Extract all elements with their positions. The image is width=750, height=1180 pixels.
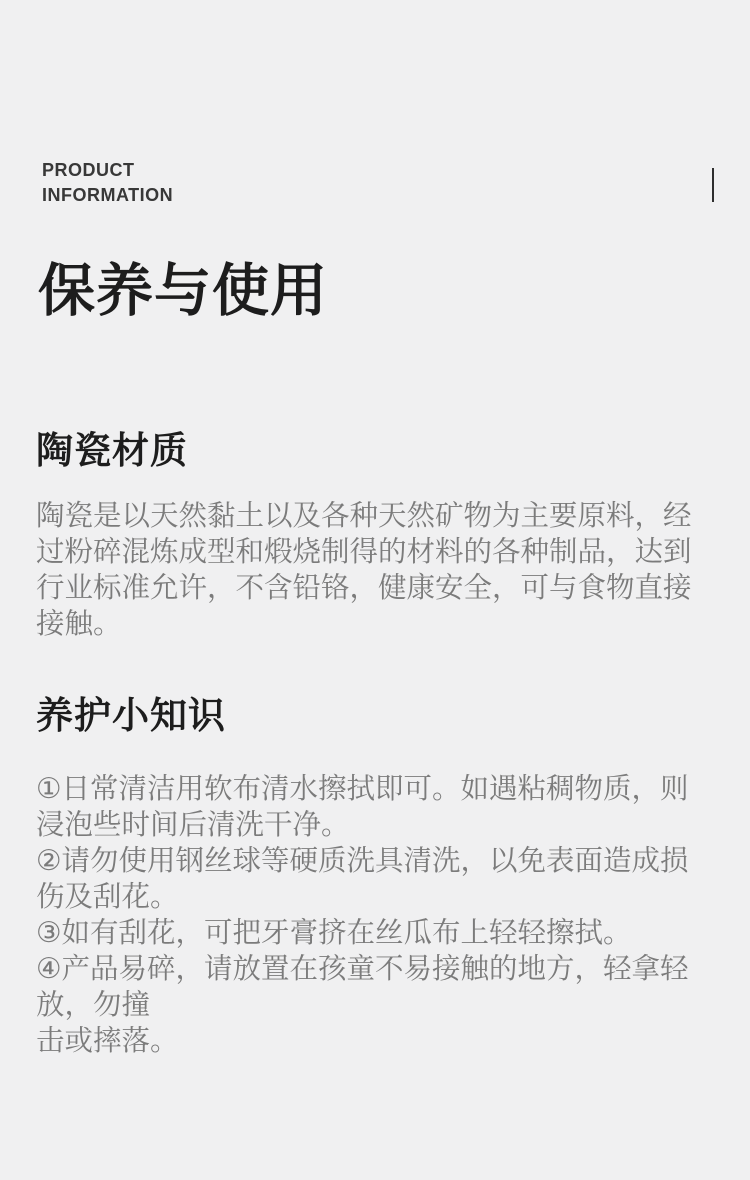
eyebrow-label: PRODUCT INFORMATION	[42, 158, 723, 208]
section-heading: 养护小知识	[36, 697, 723, 735]
section-care-tips: 养护小知识 ①日常清洁用软布清水擦拭即可。如遇粘稠物质，则浸泡些时间后清洗干净。…	[36, 697, 723, 1059]
text-line: 放，勿撞	[36, 987, 723, 1023]
section-ceramic-material: 陶瓷材质 陶瓷是以天然黏土以及各种天然矿物为主要原料，经过粉碎混炼成型和煅烧制得…	[36, 432, 723, 642]
text-line: 浸泡些时间后清洗干净。	[36, 807, 723, 843]
section-body: ①日常清洁用软布清水擦拭即可。如遇粘稠物质，则浸泡些时间后清洗干净。②请勿使用钢…	[36, 771, 723, 1059]
text-line: 接触。	[36, 606, 723, 642]
product-information-panel: PRODUCT INFORMATION 保养与使用 陶瓷材质 陶瓷是以天然黏土以…	[0, 0, 750, 1180]
text-line: 伤及刮花。	[36, 879, 723, 915]
text-line: 行业标准允许，不含铅铬，健康安全，可与食物直接	[36, 570, 723, 606]
text-line: ③如有刮花，可把牙膏挤在丝瓜布上轻轻擦拭。	[36, 915, 723, 951]
text-line: 陶瓷是以天然黏土以及各种天然矿物为主要原料，经	[36, 498, 723, 534]
content-area: PRODUCT INFORMATION 保养与使用 陶瓷材质 陶瓷是以天然黏土以…	[0, 158, 750, 1059]
text-line: ②请勿使用钢丝球等硬质洗具清洗，以免表面造成损	[36, 843, 723, 879]
text-line: 击或摔落。	[36, 1023, 723, 1059]
text-line: ④产品易碎，请放置在孩童不易接触的地方，轻拿轻	[36, 951, 723, 987]
text-line: 过粉碎混炼成型和煅烧制得的材料的各种制品，达到	[36, 534, 723, 570]
eyebrow-line-2: INFORMATION	[42, 183, 723, 208]
section-heading: 陶瓷材质	[36, 432, 723, 470]
eyebrow-line-1: PRODUCT	[42, 158, 723, 183]
page-title: 保养与使用	[38, 262, 723, 320]
section-body: 陶瓷是以天然黏土以及各种天然矿物为主要原料，经过粉碎混炼成型和煅烧制得的材料的各…	[36, 498, 723, 642]
text-line: ①日常清洁用软布清水擦拭即可。如遇粘稠物质，则	[36, 771, 723, 807]
